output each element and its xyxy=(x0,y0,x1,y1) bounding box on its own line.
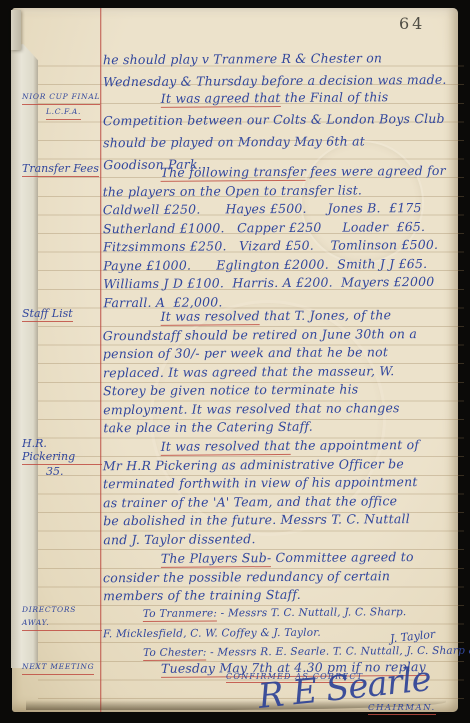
handwritten-text: Sutherland £1000. Capper £250 Loader £65… xyxy=(103,218,425,235)
handwritten-line: should be played on Monday May 6th at xyxy=(103,130,459,154)
handwritten-text: employment. It was resolved that no chan… xyxy=(103,400,399,417)
handwritten-line: Groundstaff should be retired on June 30… xyxy=(103,324,459,345)
margin-note-line: L.C.F.A. xyxy=(46,105,81,120)
handwritten-text: he should play v Tranmere R & Chester on xyxy=(103,50,382,67)
handwritten-line: be abolished in the future. Messrs T. C.… xyxy=(103,510,459,531)
margin-note-staff-list: Staff List xyxy=(22,307,102,322)
minute-book-photo: 64 NIOR CUP FINALL.C.F.A. Transfer Fees … xyxy=(0,0,470,723)
handwritten-line: It was resolved that T. Jones, of the xyxy=(103,306,459,327)
margin-note-line: NEXT MEETING xyxy=(22,660,94,675)
section-transfer-fees: The following transfer fees were agreed … xyxy=(102,162,459,312)
handwritten-text: should be played on Monday May 6th at xyxy=(103,133,365,150)
margin-note-line: Staff List xyxy=(22,307,73,322)
margin-note-cup-final: NIOR CUP FINALL.C.F.A. xyxy=(22,90,102,120)
handwritten-text: the appointment of xyxy=(290,437,419,453)
margin-note-line: 35. xyxy=(46,465,64,478)
handwritten-line: the players on the Open to transfer list… xyxy=(103,180,459,201)
margin-note-directors-away: DIRECTORS AWAY. xyxy=(22,603,102,631)
handwritten-text: take place in the Catering Staff. xyxy=(103,419,313,435)
handwritten-text: - Messrs R. E. Searle. T. C. Nuttall, J.… xyxy=(207,645,470,659)
handwritten-text: members of the training Staff. xyxy=(103,587,301,603)
handwritten-text: Competition between our Colts & London B… xyxy=(103,111,445,128)
handwritten-text: as trainer of the 'A' Team, and that the… xyxy=(103,493,397,510)
handwritten-line: It was agreed that the Final of this xyxy=(103,86,459,110)
handwritten-line: take place in the Catering Staff. xyxy=(103,417,459,438)
handwritten-text: and J. Taylor dissented. xyxy=(103,531,255,547)
handwritten-line: The following transfer fees were agreed … xyxy=(102,162,458,183)
handwritten-text: - Messrs T. C. Nuttall, J. C. Sharp. xyxy=(217,606,406,619)
handwritten-text: Storey be given notice to terminate his xyxy=(103,381,358,398)
handwritten-line: consider the possible redundancy of cert… xyxy=(103,566,459,587)
margin-note-transfer-fees: Transfer Fees xyxy=(22,162,102,177)
handwritten-line: Caldwell £250. Hayes £500. Jones B. £175 xyxy=(103,199,459,220)
margin-note-next-meeting: NEXT MEETING xyxy=(22,660,102,675)
margin-note-line: NIOR CUP FINAL xyxy=(22,90,100,105)
handwritten-line: Storey be given notice to terminate his xyxy=(103,380,459,401)
margin-note-line: Transfer Fees xyxy=(22,162,99,177)
handwritten-line: Fitzsimmons £250. Vizard £50. Tomlinson … xyxy=(103,236,459,257)
page-edge-sliver xyxy=(11,10,21,50)
handwritten-line: It was resolved that the appointment of xyxy=(103,436,459,457)
handwritten-text: pension of 30/- per week and that he be … xyxy=(103,344,388,361)
handwritten-text: Committee agreed to xyxy=(271,549,413,565)
handwritten-text: Williams J D £100. Harris. A £200. Mayer… xyxy=(103,274,434,291)
interleaf-page-edge xyxy=(11,44,38,668)
red-underlined-phrase: It was resolved that xyxy=(161,438,291,456)
handwritten-line: employment. It was resolved that no chan… xyxy=(103,398,459,419)
handwritten-line: terminated forthwith in view of his appo… xyxy=(103,473,459,494)
handwritten-line: The Players Sub- Committee agreed to xyxy=(103,548,459,569)
handwritten-line: he should play v Tranmere R & Chester on xyxy=(103,47,459,71)
handwritten-text: Mr H.R Pickering as administrative Offic… xyxy=(103,456,404,473)
section-staff: It was resolved that T. Jones, of theGro… xyxy=(103,306,460,438)
chairman-label: CHAIRMAN. xyxy=(368,703,436,713)
handwritten-text: F. Micklesfield, C. W. Coffey & J. Taylo… xyxy=(103,626,321,640)
handwritten-line: and J. Taylor dissented. xyxy=(103,528,459,549)
red-underlined-phrase: The Players Sub- xyxy=(161,550,272,568)
handwritten-text: that T. Jones, of the xyxy=(260,307,391,323)
handwritten-line: pension of 30/- per week and that he be … xyxy=(103,343,459,364)
handwritten-text: terminated forthwith in view of his appo… xyxy=(103,474,418,491)
handwritten-text: Payne £1000. Eglington £2000. Smith J J … xyxy=(103,255,427,272)
handwritten-text: Groundstaff should be retired on June 30… xyxy=(103,326,417,343)
handwritten-line: Competition between our Colts & London B… xyxy=(103,108,459,132)
margin-note-line: DIRECTORS AWAY. xyxy=(22,603,102,631)
handwritten-text: the players on the Open to transfer list… xyxy=(103,182,363,199)
handwritten-text: the Final of this xyxy=(281,89,389,105)
handwritten-line: Mr H.R Pickering as administrative Offic… xyxy=(103,454,459,475)
red-underlined-phrase: It was agreed that xyxy=(161,90,281,108)
section-pickering: It was resolved that the appointment ofM… xyxy=(103,436,460,549)
handwritten-text: replaced. It was agreed that the masseur… xyxy=(103,363,394,380)
page-number: 64 xyxy=(399,14,425,33)
handwritten-line: Williams J D £100. Harris. A £200. Mayer… xyxy=(103,273,459,294)
red-underlined-phrase: To Tranmere: xyxy=(143,607,217,622)
handwritten-line: replaced. It was agreed that the masseur… xyxy=(103,361,459,382)
handwritten-text: be abolished in the future. Messrs T. C.… xyxy=(103,511,410,528)
red-underlined-phrase: The following transfer xyxy=(160,164,306,182)
handwritten-line: as trainer of the 'A' Team, and that the… xyxy=(103,491,459,512)
handwritten-text: Fitzsimmons £250. Vizard £50. Tomlinson … xyxy=(103,237,438,254)
handwritten-text: Caldwell £250. Hayes £500. Jones B. £175 xyxy=(103,200,422,217)
margin-note-pickering: H.R. Pickering35. xyxy=(22,437,102,478)
chairman-text: CHAIRMAN. xyxy=(368,703,436,715)
handwritten-text: consider the possible redundancy of cert… xyxy=(103,568,390,585)
handwritten-text: fees were agreed for xyxy=(306,163,446,179)
margin-note-line: H.R. Pickering xyxy=(22,437,102,465)
section-players-sub: The Players Sub- Committee agreed tocons… xyxy=(103,548,459,606)
handwritten-line: To Tranmere: - Messrs T. C. Nuttall, J. … xyxy=(103,603,459,625)
handwritten-line: Payne £1000. Eglington £2000. Smith J J … xyxy=(103,254,459,275)
red-underlined-phrase: It was resolved xyxy=(161,308,260,326)
handwritten-line: Sutherland £1000. Capper £250 Loader £65… xyxy=(103,217,459,238)
